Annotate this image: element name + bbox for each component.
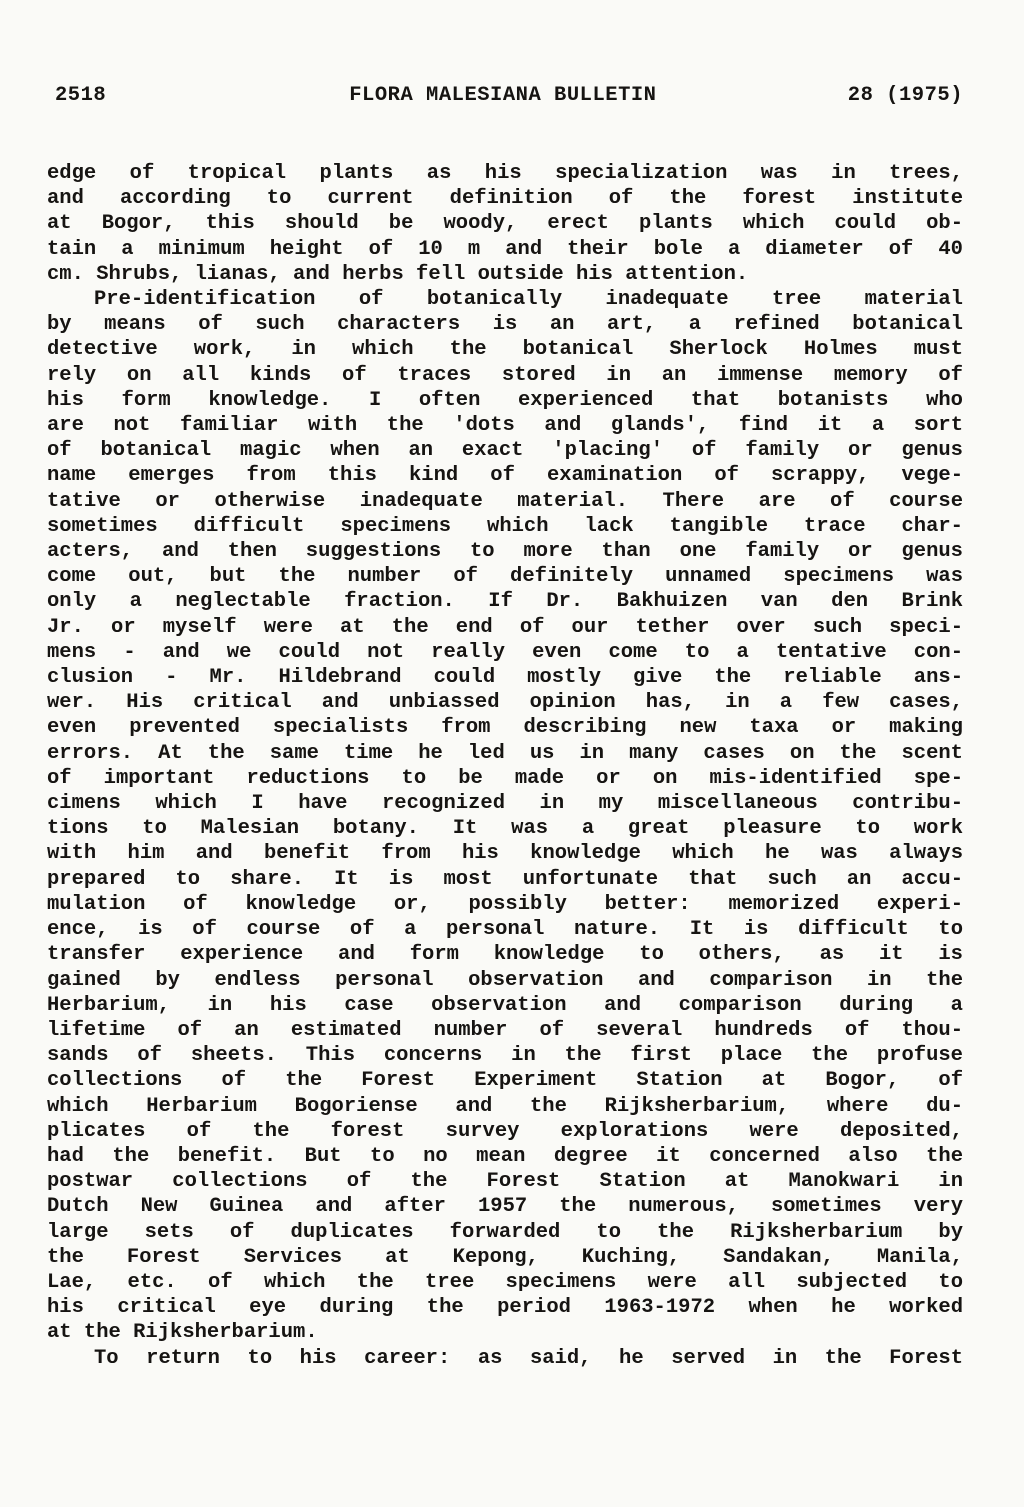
text-line: are not familiar with the 'dots and glan… bbox=[47, 413, 963, 438]
text-line: at Bogor, this should be woody, erect pl… bbox=[47, 211, 963, 236]
text-line: Dutch New Guinea and after 1957 the nume… bbox=[47, 1194, 963, 1219]
text-line: transfer experience and form knowledge t… bbox=[47, 942, 963, 967]
text-line: even prevented specialists from describi… bbox=[47, 715, 963, 740]
text-line: edge of tropical plants as his specializ… bbox=[47, 161, 963, 186]
text-line: ence, is of course of a personal nature.… bbox=[47, 917, 963, 942]
text-line: his form knowledge. I often experienced … bbox=[47, 388, 963, 413]
text-line: collections of the Forest Experiment Sta… bbox=[47, 1068, 963, 1093]
text-line: clusion - Mr. Hildebrand could mostly gi… bbox=[47, 665, 963, 690]
text-line: at the Rijksherbarium. bbox=[47, 1320, 963, 1345]
text-line: the Forest Services at Kepong, Kuching, … bbox=[47, 1245, 963, 1270]
text-line: and according to current definition of t… bbox=[47, 186, 963, 211]
text-line: plicates of the forest survey exploratio… bbox=[47, 1119, 963, 1144]
text-line: To return to his career: as said, he ser… bbox=[47, 1346, 963, 1371]
text-line: his critical eye during the period 1963-… bbox=[47, 1295, 963, 1320]
text-line: Lae, etc. of which the tree specimens we… bbox=[47, 1270, 963, 1295]
text-line: rely on all kinds of traces stored in an… bbox=[47, 363, 963, 388]
text-line: of important reductions to be made or on… bbox=[47, 766, 963, 791]
text-line: by means of such characters is an art, a… bbox=[47, 312, 963, 337]
text-line: tain a minimum height of 10 m and their … bbox=[47, 237, 963, 262]
text-line: cimens which I have recognized in my mis… bbox=[47, 791, 963, 816]
text-line: errors. At the same time he led us in ma… bbox=[47, 741, 963, 766]
text-line: tions to Malesian botany. It was a great… bbox=[47, 816, 963, 841]
text-line: come out, but the number of definitely u… bbox=[47, 564, 963, 589]
text-line: tative or otherwise inadequate material.… bbox=[47, 489, 963, 514]
text-line: lifetime of an estimated number of sever… bbox=[47, 1018, 963, 1043]
document-page: 2518 FLORA MALESIANA BULLETIN 28 (1975) … bbox=[0, 0, 1024, 1507]
text-line: detective work, in which the botanical S… bbox=[47, 337, 963, 362]
text-line: cm. Shrubs, lianas, and herbs fell outsi… bbox=[47, 262, 963, 287]
text-line: sands of sheets. This concerns in the fi… bbox=[47, 1043, 963, 1068]
text-line: had the benefit. But to no mean degree i… bbox=[47, 1144, 963, 1169]
text-line: Herbarium, in his case observation and c… bbox=[47, 993, 963, 1018]
text-line: Jr. or myself were at the end of our tet… bbox=[47, 615, 963, 640]
text-line: wer. His critical and unbiassed opinion … bbox=[47, 690, 963, 715]
text-line: which Herbarium Bogoriense and the Rijks… bbox=[47, 1094, 963, 1119]
page-number: 2518 bbox=[55, 84, 106, 108]
text-line: only a neglectable fraction. If Dr. Bakh… bbox=[47, 589, 963, 614]
text-line: sometimes difficult specimens which lack… bbox=[47, 514, 963, 539]
text-line: acters, and then suggestions to more tha… bbox=[47, 539, 963, 564]
text-line: Pre-identification of botanically inadeq… bbox=[47, 287, 963, 312]
text-line: large sets of duplicates forwarded to th… bbox=[47, 1220, 963, 1245]
text-line: gained by endless personal observation a… bbox=[47, 968, 963, 993]
page-header: 2518 FLORA MALESIANA BULLETIN 28 (1975) bbox=[55, 84, 963, 110]
journal-title: FLORA MALESIANA BULLETIN bbox=[349, 84, 656, 108]
text-line: of botanical magic when an exact 'placin… bbox=[47, 438, 963, 463]
text-line: prepared to share. It is most unfortunat… bbox=[47, 867, 963, 892]
text-line: with him and benefit from his knowledge … bbox=[47, 841, 963, 866]
page-body: edge of tropical plants as his specializ… bbox=[47, 161, 963, 1371]
text-line: mens - and we could not really even come… bbox=[47, 640, 963, 665]
text-line: name emerges from this kind of examinati… bbox=[47, 463, 963, 488]
text-line: mulation of knowledge or, possibly bette… bbox=[47, 892, 963, 917]
volume-year: 28 (1975) bbox=[848, 84, 963, 108]
text-line: postwar collections of the Forest Statio… bbox=[47, 1169, 963, 1194]
